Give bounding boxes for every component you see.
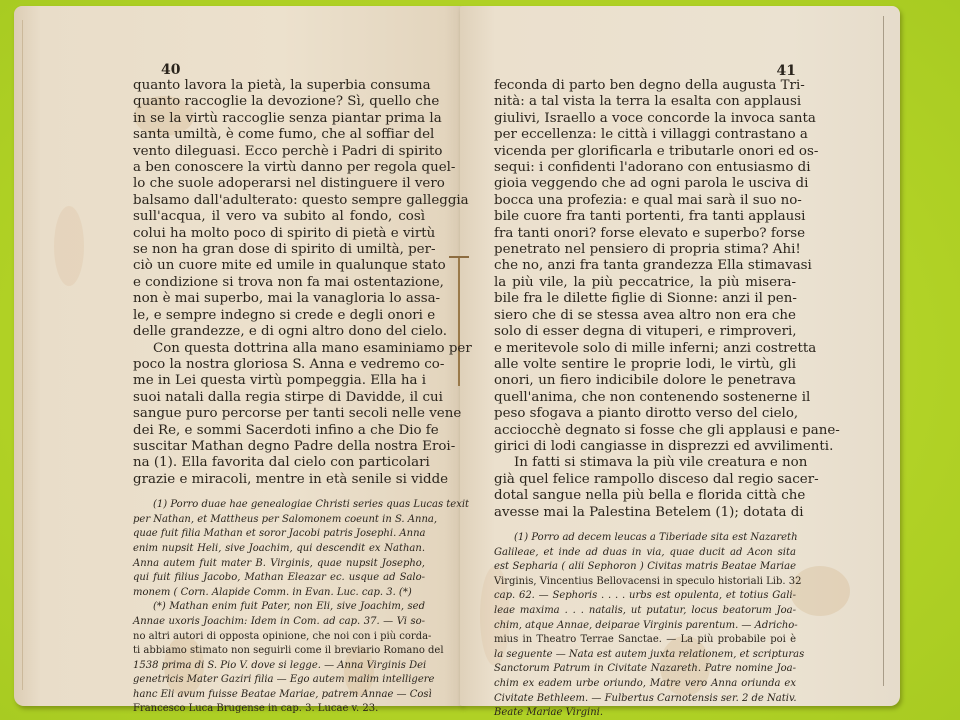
footnote-line: quae fuit filia Mathan et soror Jacobi p… bbox=[133, 527, 425, 542]
text-line: se non ha gran dose di spirito di umiltà… bbox=[133, 242, 425, 258]
text-line: giulivi, Israello a voce concorde la inv… bbox=[494, 111, 796, 127]
footnote-line: ti abbiamo stimato non seguirli come il … bbox=[133, 644, 425, 659]
text-line: in se la virtù raccoglie senza piantar p… bbox=[133, 111, 425, 127]
footnote-line: mius in Theatro Terrae Sanctae. — La più… bbox=[494, 633, 796, 648]
text-line: lo che suole adoperarsi nel distinguere … bbox=[133, 176, 425, 192]
footnote-line: leae maxima . . . natalis, ut putatur, l… bbox=[494, 604, 796, 619]
text-line: avesse mai la Palestina Betelem (1); dot… bbox=[494, 505, 796, 521]
text-line: siero che di se stessa avea altro non er… bbox=[494, 308, 796, 324]
text-line: quanto lavora la pietà, la superbia cons… bbox=[133, 78, 425, 94]
footnote-line: no altri autori di opposta opinione, che… bbox=[133, 630, 425, 645]
text-line: nità: a tal vista la terra la esalta con… bbox=[494, 94, 796, 110]
text-line: le, e sempre indegno si crede e degli on… bbox=[133, 308, 425, 324]
footnote-line: per Nathan, et Mattheus per Salomonem co… bbox=[133, 513, 425, 528]
text-line: In fatti si stimava la più vile creatura… bbox=[494, 455, 796, 471]
body-text: feconda di parto ben degno della augusta… bbox=[494, 78, 796, 521]
text-line: santa umiltà, è come fumo, che al soffia… bbox=[133, 127, 425, 143]
text-line: balsamo dall'adulterato: questo sempre g… bbox=[133, 193, 425, 209]
text-line: già quel felice rampollo disceso dal reg… bbox=[494, 472, 796, 488]
text-line: e meritevole solo di mille inferni; anzi… bbox=[494, 341, 796, 357]
footnote-line: Galileae, et inde ad duas in via, quae d… bbox=[494, 546, 796, 561]
text-line: girici di lodi cangiasse in disprezzi ed… bbox=[494, 439, 796, 455]
text-line: suoi natali dalla regia stirpe di Davidd… bbox=[133, 390, 425, 406]
footnote-line: 1538 prima di S. Pio V. dove si legge. —… bbox=[133, 659, 425, 674]
text-line: sull'acqua, il vero va subito al fondo, … bbox=[133, 209, 425, 225]
text-line: e condizione si trova non fa mai ostenta… bbox=[133, 275, 425, 291]
footnote-line: cap. 62. — Sephoris . . . . urbs est opu… bbox=[494, 589, 796, 604]
text-line: sangue puro percorse per tanti secoli ne… bbox=[133, 406, 425, 422]
footnote-line: Beate Mariae Virgini. bbox=[494, 706, 796, 720]
text-line: bocca una profezia: e qual mai sarà il s… bbox=[494, 193, 796, 209]
text-line: dotal sangue nella più bella e florida c… bbox=[494, 488, 796, 504]
text-line: vicenda per glorificarla e tributarle on… bbox=[494, 144, 796, 160]
footnote-line: (*) Mathan enim fuit Pater, non Eli, siv… bbox=[133, 600, 425, 615]
text-line: acciocchè degnato si fosse che gli appla… bbox=[494, 423, 796, 439]
text-line: vento dileguasi. Ecco perchè i Padri di … bbox=[133, 144, 425, 160]
footnote-line: qui fuit filius Jacobo, Mathan Eleazar e… bbox=[133, 571, 425, 586]
page-number: 41 bbox=[494, 63, 796, 79]
footnote-line: chim ex eadem urbe oriundo, Matre vero A… bbox=[494, 677, 796, 692]
text-line: feconda di parto ben degno della augusta… bbox=[494, 78, 796, 94]
text-line: per eccellenza: le città i villaggi cont… bbox=[494, 127, 796, 143]
text-line: sequi: i confidenti l'adorano con entusi… bbox=[494, 160, 796, 176]
text-line: colui ha molto poco di spirito di pietà … bbox=[133, 226, 425, 242]
right-page-text: 41 feconda di parto ben degno della augu… bbox=[494, 62, 796, 720]
text-line: poco la nostra gloriosa S. Anna e vedrem… bbox=[133, 357, 425, 373]
footnotes: (1) Porro ad decem leucas a Tiberiade si… bbox=[494, 531, 796, 720]
footnote-line: Civitate Bethleem. — Fulbertus Carnotens… bbox=[494, 692, 796, 707]
text-line: a ben conoscere la virtù danno per regol… bbox=[133, 160, 425, 176]
text-line: ciò un cuore mite ed umile in qualunque … bbox=[133, 258, 425, 274]
text-line: bile cuore fra tanti portenti, fra tanti… bbox=[494, 209, 796, 225]
footnote-line: (1) Porro ad decem leucas a Tiberiade si… bbox=[494, 531, 796, 546]
footnote-line: Francesco Luca Brugense in cap. 3. Lucae… bbox=[133, 702, 425, 717]
text-line: onori, un fiero indicibile dolore le pen… bbox=[494, 373, 796, 389]
footnote-line: chim, atque Annae, deiparae Virginis par… bbox=[494, 619, 796, 634]
footnote-line: Sanctorum Patrum in Civitate Nazareth. P… bbox=[494, 662, 796, 677]
text-line: penetrato nel pensiero di propria stima?… bbox=[494, 242, 796, 258]
footnote-line: genetricis Mater Gaziri filia — Ego aute… bbox=[133, 673, 425, 688]
footnote-line: (1) Porro duae hae genealogiae Christi s… bbox=[133, 498, 425, 513]
footnote-line: monem ( Corn. Alapide Comm. in Evan. Luc… bbox=[133, 586, 425, 601]
footnote-line: Annae uxoris Joachim: Idem in Com. ad ca… bbox=[133, 615, 425, 630]
text-line: na (1). Ella favorita dal cielo con part… bbox=[133, 455, 425, 471]
page-number: 40 bbox=[133, 62, 425, 78]
text-line: alle volte sentire le proprie lodi, le v… bbox=[494, 357, 796, 373]
footnote-line: la seguente — Nata est autem juxta relat… bbox=[494, 648, 796, 663]
footnote-line: Virginis, Vincentius Bellovacensi in spe… bbox=[494, 575, 796, 590]
text-line: gioia veggendo che ad ogni parola le usc… bbox=[494, 176, 796, 192]
foxing-stain bbox=[790, 566, 850, 616]
left-page-text: 40 quanto lavora la pietà, la superbia c… bbox=[133, 62, 425, 717]
text-line: non è mai superbo, mai la vanagloria lo … bbox=[133, 291, 425, 307]
foxing-stain bbox=[54, 206, 84, 286]
footnote-line: enim nupsit Heli, sive Joachim, qui desc… bbox=[133, 542, 425, 557]
footnote-line: hanc Eli avum fuisse Beatae Mariae, patr… bbox=[133, 688, 425, 703]
text-line: quanto raccoglie la devozione? Sì, quell… bbox=[133, 94, 425, 110]
text-line: fra tanti onori? forse elevato e superbo… bbox=[494, 226, 796, 242]
text-line: peso sfogava a pianto dirotto verso del … bbox=[494, 406, 796, 422]
text-line: suscitar Mathan degno Padre della nostra… bbox=[133, 439, 425, 455]
body-text: quanto lavora la pietà, la superbia cons… bbox=[133, 78, 425, 488]
text-line: dei Re, e sommi Sacerdoti infino a che D… bbox=[133, 423, 425, 439]
text-line: la più vile, la più peccatrice, la più m… bbox=[494, 275, 796, 291]
text-line: quell'anima, che non contenendo sostener… bbox=[494, 390, 796, 406]
binding-thread bbox=[458, 256, 460, 386]
text-line: delle grandezze, e di ogni altro dono de… bbox=[133, 324, 425, 340]
text-line: grazie e miracoli, mentre in età senile … bbox=[133, 472, 425, 488]
text-line: Con questa dottrina alla mano esaminiamo… bbox=[133, 341, 425, 357]
text-line: che no, anzi fra tanta grandezza Ella st… bbox=[494, 258, 796, 274]
footnote-line: est Sepharia ( alii Sephoron ) Civitas m… bbox=[494, 560, 796, 575]
text-line: me in Lei questa virtù pompeggia. Ella h… bbox=[133, 373, 425, 389]
text-line: bile fra le dilette figlie di Sionne: an… bbox=[494, 291, 796, 307]
text-line: solo di esser degna di vituperi, e rimpr… bbox=[494, 324, 796, 340]
footnote-line: Anna autem fuit mater B. Virginis, quae … bbox=[133, 557, 425, 572]
footnotes: (1) Porro duae hae genealogiae Christi s… bbox=[133, 498, 425, 717]
